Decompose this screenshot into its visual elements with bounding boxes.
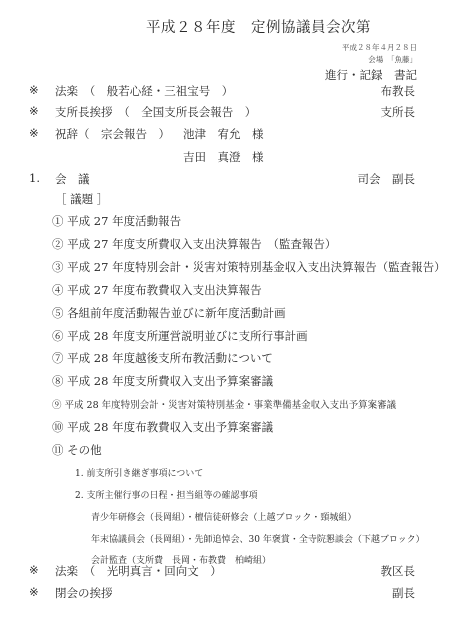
reference-mark-icon: ※ [29, 563, 39, 577]
agenda-item: ⑧ 平成 28 年度支所費収入支出予算案審議 [52, 373, 273, 389]
closing-item-sutra: ※ 法楽 （ 光明真言・回向文 ） 教区長 [0, 563, 465, 581]
agenda-heading: ［ 議題 ］ [55, 191, 108, 207]
item-label: 支所長挨拶 （ 全国支所長会報告 ） [55, 104, 256, 120]
item-role: 教区長 [381, 563, 416, 579]
document-title: 平成２８年度 定例協議員会次第 [146, 16, 371, 37]
guest-row: 吉田 真澄 様 [0, 149, 465, 167]
opening-item-congratulatory: ※ 祝辞（ 宗会報告 ） 池津 宥允 様 [0, 126, 465, 144]
reference-mark-icon: ※ [29, 585, 39, 599]
facilitator-label: 進行・記録 書記 [325, 67, 417, 83]
agenda-item: ④ 平成 27 年度布教費収入支出決算報告 [52, 282, 262, 298]
closing-item-address: ※ 閉会の挨拶 副長 [0, 585, 465, 603]
item-label: 祝辞（ 宗会報告 ） [55, 126, 170, 142]
item-role: 支所長 [381, 104, 416, 120]
section-number: 1. [29, 171, 40, 185]
other-subitem: 年末協議員会（長岡組）・先師追悼会、30 年褒賞・全寺院懇談会（下越ブロック） [91, 532, 425, 545]
meeting-venue: 会場 「魚藤」 [368, 54, 417, 65]
item-label: 法楽 （ 光明真言・回向文 ） [55, 563, 222, 579]
section-role: 司会 副長 [358, 171, 416, 187]
agenda-item: ⑨ 平成 28 年度特別会計・災害対策特別基金・事業準備基金収入支出予算案審議 [52, 397, 396, 411]
opening-item-sutra: ※ 法楽 （ 般若心経・三祖宝号 ） 布教長 [0, 83, 465, 101]
other-subitem: 青少年研修会（長岡組）・檀信徒研修会（上越ブロック・頸城組） [91, 510, 356, 523]
agenda-item: ⑪ その他 [52, 442, 102, 458]
guest-name: 池津 宥允 様 [183, 126, 264, 142]
reference-mark-icon: ※ [29, 104, 39, 118]
reference-mark-icon: ※ [29, 83, 39, 97]
meeting-date: 平成２８年４月２８日 [342, 42, 417, 53]
guest-name: 吉田 真澄 様 [183, 149, 264, 165]
other-item: 1. 前支所引き継ぎ事項について [75, 466, 203, 479]
opening-item-greeting: ※ 支所長挨拶 （ 全国支所長会報告 ） 支所長 [0, 104, 465, 122]
other-item: 2. 支所主催行事の日程・担当組等の確認事項 [75, 488, 257, 501]
agenda-item: ⑦ 平成 28 年度越後支所布教活動について [52, 350, 273, 366]
agenda-item: ⑥ 平成 28 年度支所運営説明並びに支所行事計画 [52, 328, 308, 344]
item-label: 法楽 （ 般若心経・三祖宝号 ） [55, 83, 233, 99]
section-label: 会 議 [55, 171, 90, 187]
meeting-section-header: 1. 会 議 司会 副長 [0, 171, 465, 189]
reference-mark-icon: ※ [29, 126, 39, 140]
agenda-item: ② 平成 27 年度支所費収入支出決算報告 （監査報告） [52, 236, 336, 252]
item-label: 閉会の挨拶 [55, 585, 113, 601]
item-role: 布教長 [381, 83, 416, 99]
agenda-item: ③ 平成 27 年度特別会計・災害対策特別基金収入支出決算報告（監査報告） [52, 259, 446, 275]
agenda-item: ① 平成 27 年度活動報告 [52, 213, 181, 229]
agenda-item: ⑤ 各組前年度活動報告並びに新年度活動計画 [52, 305, 286, 321]
item-role: 副長 [392, 585, 415, 601]
agenda-item: ⑩ 平成 28 年度布教費収入支出予算案審議 [52, 419, 273, 435]
